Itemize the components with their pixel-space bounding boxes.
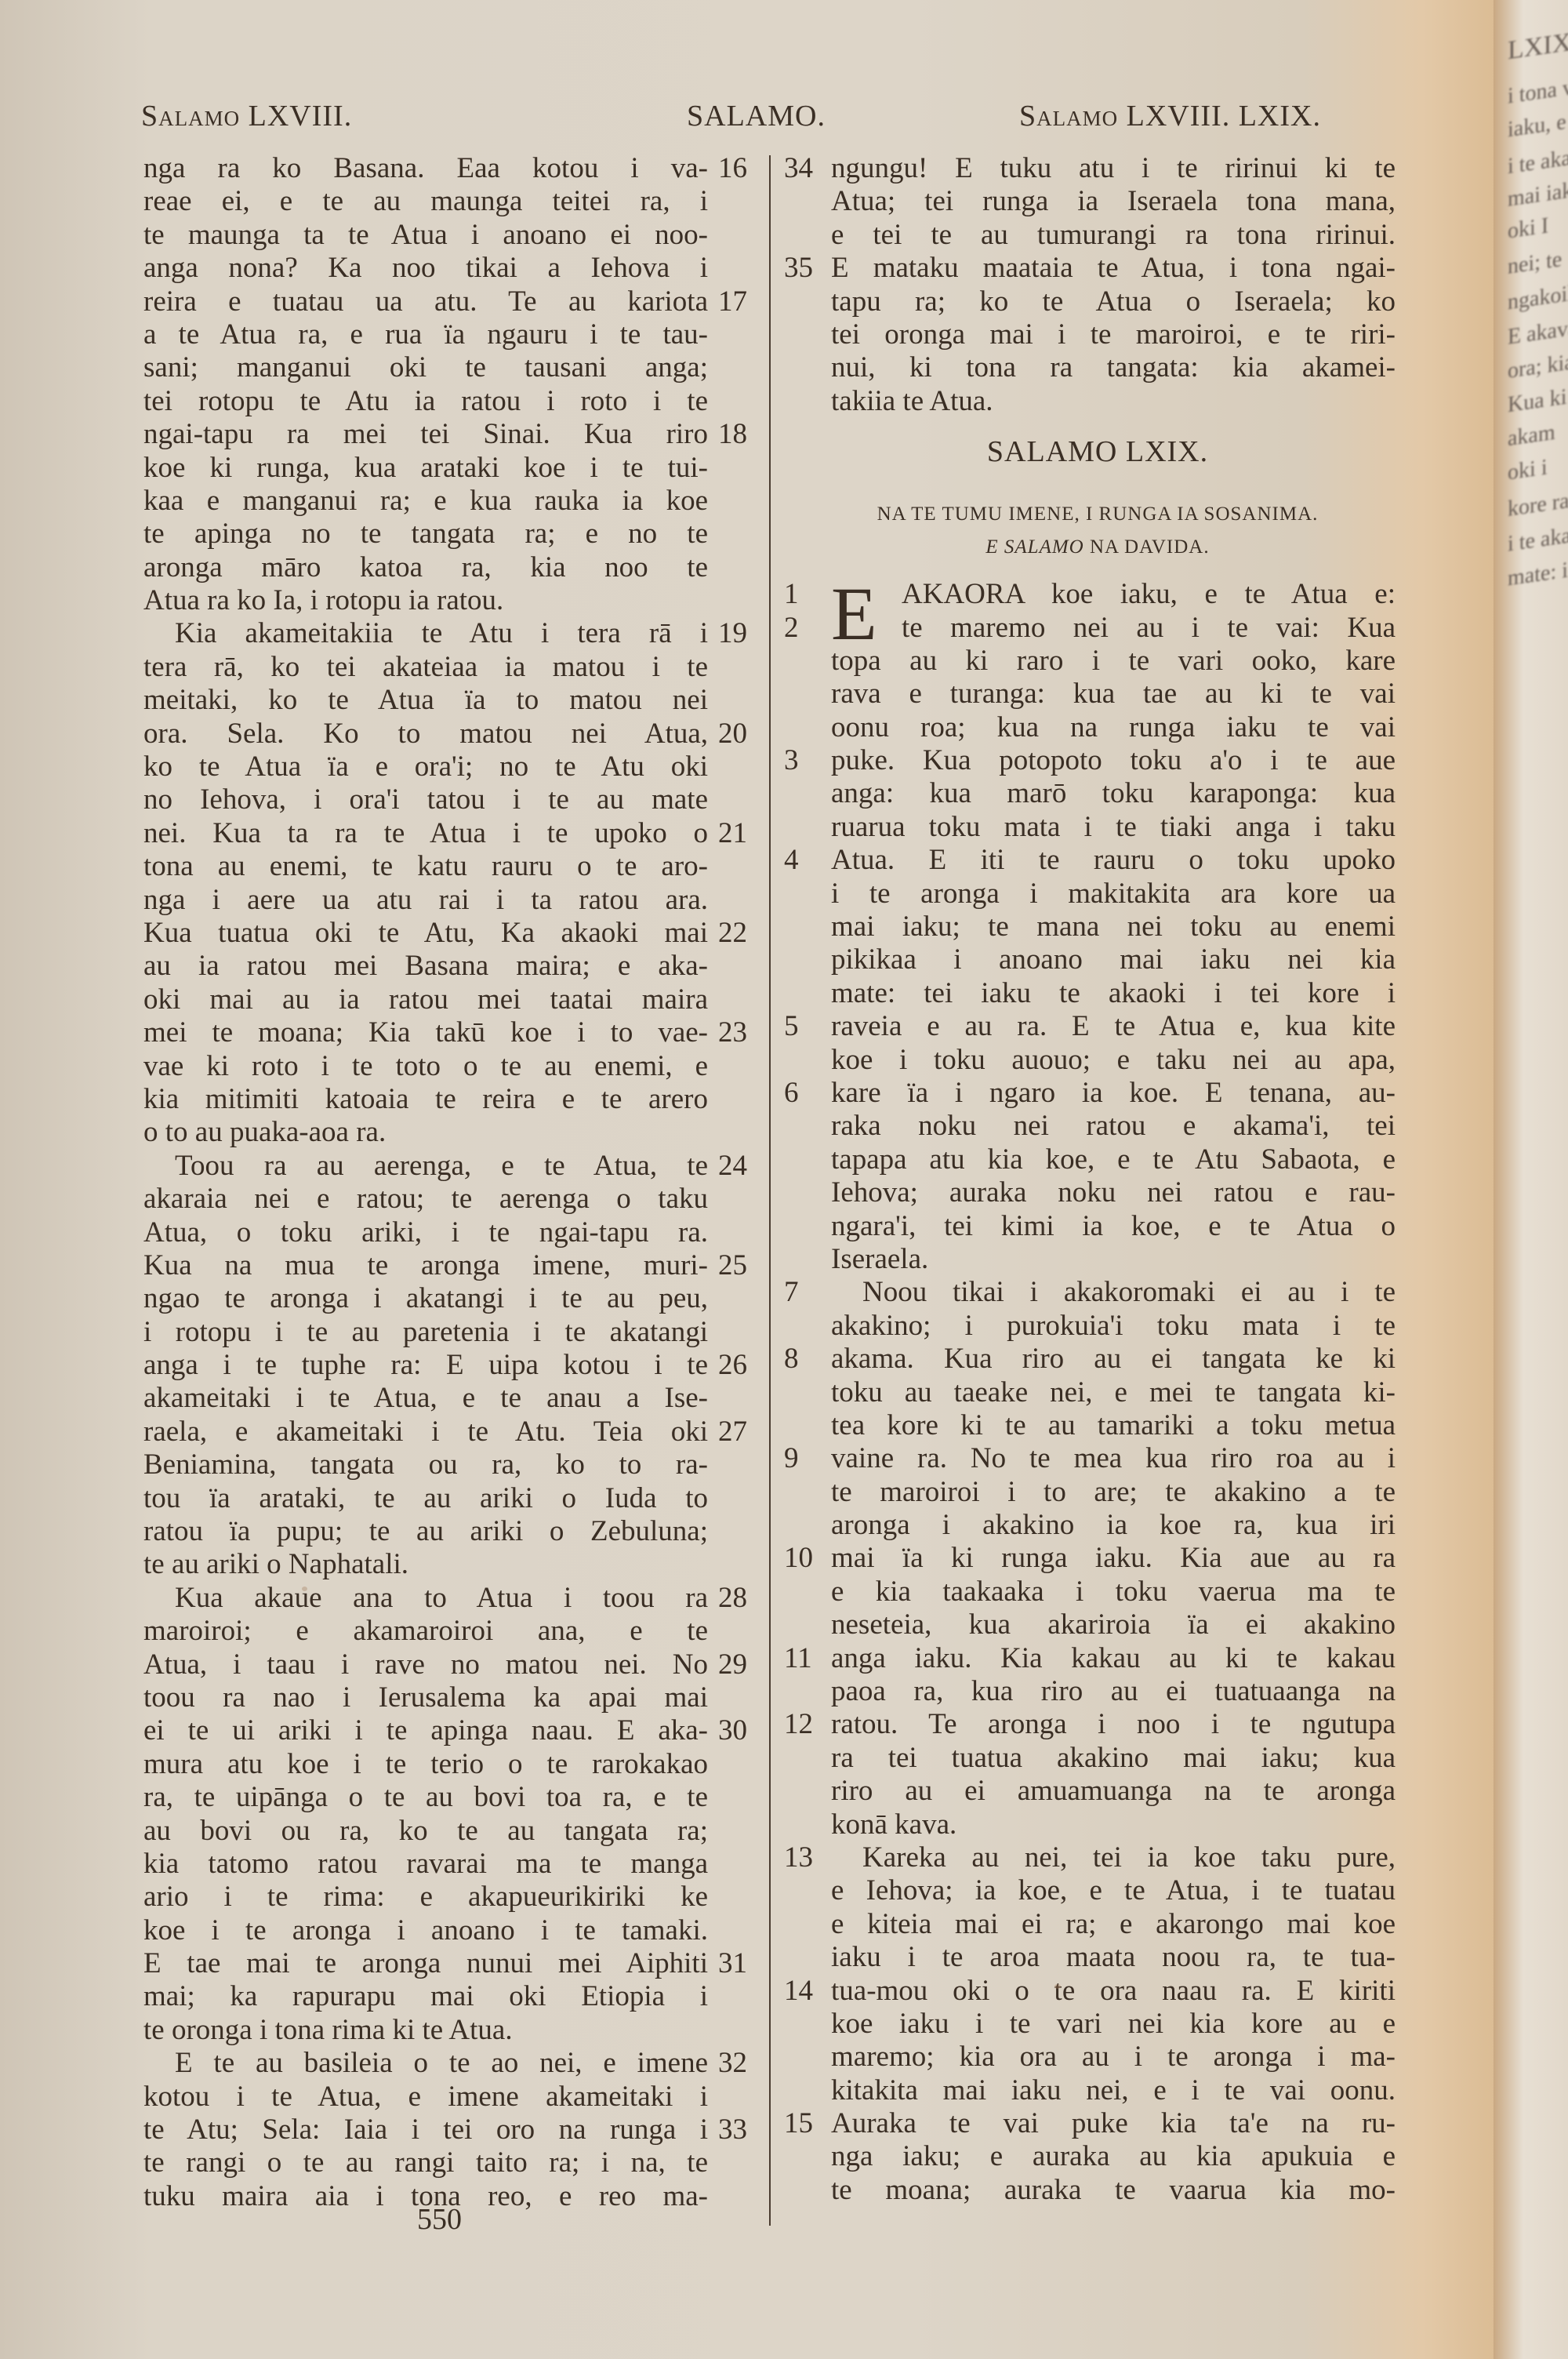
line-text: konā kava. [831,1808,1396,1841]
line-text: Iseraela. [831,1243,1396,1276]
line-text: i rotopu i te au paretenia i te akatangi [143,1316,708,1349]
line-text: tona au enemi, te katu rauru o te aro- [143,850,708,883]
line-text: mura atu koe i te terio o te rarokakao [143,1748,708,1781]
text-line: Atua, o toku ariki, i te ngai-tapu ra. [143,1216,755,1249]
line-text: takiia te Atua. [831,385,1396,418]
line-text: ko te Atua ïa e ora'i; no te Atu oki [143,751,708,783]
line-text: tua-mou oki o te ora naau ra. E kiriti [831,1975,1396,2008]
text-line: e kia taakaaka i toku vaerua ma te [784,1576,1411,1608]
text-line: oonu roa; kua na runga iaku te vai [784,711,1411,744]
verse-number: 23 [718,1016,747,1049]
line-text: tera rā, ko tei akateiaa ia matou i te [143,651,708,684]
text-line: i te aronga i makitakita ara kore ua [784,878,1411,911]
text-line: tou ïa arataki, te au ariki o Iuda to [143,1482,755,1515]
psalm-68-ending: 34ngungu! E tuku atu i te ririnui ki teA… [784,152,1411,418]
line-text: ngara'i, tei kimi ia koe, e te Atua o [831,1210,1396,1243]
running-head-right: Salamo LXVIII. LXIX. [1019,99,1321,138]
line-text: Noou tikai i akakoromaki ei au i te [831,1276,1396,1309]
line-text: Atua ra ko Ia, i rotopu ia ratou. [143,584,708,617]
line-text: a te Atua ra, e rua ïa ngauru i te tau- [143,318,708,351]
line-text: anga nona? Ka noo tikai a Iehova i [143,252,708,285]
line-text: Atua, i taau i rave no matou nei. No [143,1648,708,1681]
line-text: te moana; auraka te vaarua kia mo- [831,2174,1396,2207]
text-line: kitakita mai iaku nei, e i te vai oonu. [784,2074,1411,2107]
line-text: e kiteia mai ei ra; e akarongo mai koe [831,1908,1396,1941]
psalm-attribution: E SALAMO NA DAVIDA. [784,531,1411,578]
text-line: Kua tuatua oki te Atu, Ka akaoki mai22 [143,917,755,950]
text-line: konā kava. [784,1808,1411,1841]
verse-number: 9 [784,1442,823,1475]
line-text: pikikaa i anoano mai iaku nei kia [831,943,1396,976]
text-line: 8akama. Kua riro au ei tangata ke ki [784,1343,1411,1376]
text-line: tapu ra; ko te Atua o Iseraela; ko [784,285,1411,318]
text-line: 1AKAORA koe iaku, e te Atua e: [784,578,1411,611]
line-text: e tei te au tumurangi ra tona ririnui. [831,219,1396,252]
text-line: E tae mai te aronga nunui mei Aiphiti31 [143,1947,755,1980]
text-line: mai iaku; te mana nei toku au enemi [784,911,1411,943]
text-line: 12ratou. Te aronga i noo i te ngutupa [784,1708,1411,1741]
text-line: tei oronga mai i te maroiroi, e te riri- [784,318,1411,351]
text-line: tona au enemi, te katu rauru o te aro- [143,850,755,883]
text-line: au bovi ou ra, ko te au tangata ra; [143,1815,755,1848]
verse-number: 7 [784,1276,823,1309]
line-text: E tae mai te aronga nunui mei Aiphiti [143,1947,708,1980]
text-line: te maunga ta te Atua i anoano ei noo- [143,219,755,252]
line-text: no Iehova, i ora'i tatou i te au mate [143,783,708,816]
text-line: topa au ki raro i te vari ooko, kare [784,645,1411,678]
text-line: nga i aere ua atu rai i ta ratou ara. [143,884,755,917]
text-line: kia tatomo ratou ravarai ma te manga [143,1848,755,1881]
line-text: tei rotopu te Atu ia ratou i roto i te [143,385,708,418]
facing-page-line: Kua ki [1508,385,1566,419]
text-line: ora. Sela. Ko to matou nei Atua,20 [143,718,755,751]
page-number: 550 [417,2202,462,2237]
line-text: ngungu! E tuku atu i te ririnui ki te [831,152,1396,185]
line-text: Atua, o toku ariki, i te ngai-tapu ra. [143,1216,708,1249]
line-text: raka noku nei ratou e akama'i, tei [831,1110,1396,1143]
attribution-rest: NA DAVIDA. [1084,536,1210,558]
line-text: te oronga i tona rima ki te Atua. [143,2014,708,2047]
text-line: raela, e akameitaki i te Atu. Teia oki27 [143,1416,755,1448]
line-text: AKAORA koe iaku, e te Atua e: [902,578,1396,611]
verse-number: 17 [718,285,747,318]
text-line: 2te maremo nei au i te vai: Kua [784,612,1411,645]
facing-page-line: i tona vaa [1508,72,1568,109]
text-line: Atua; tei runga ia Iseraela tona mana, [784,185,1411,218]
line-text: kaa e manganui ra; e kua rauka ia koe [143,485,708,518]
text-line: rava e turanga: kua tae au ki te vai [784,678,1411,711]
line-text: anga: kua marō toku karaponga: kua [831,777,1396,810]
line-text: aronga i akakino ia koe ra, kua iri [831,1509,1396,1542]
facing-page-line: ora; kia [1508,350,1568,384]
line-text: mai iaku; te mana nei toku au enemi [831,911,1396,943]
text-line: meitaki, ko te Atua ïa to matou nei [143,684,755,717]
text-line: kaa e manganui ra; e kua rauka ia koe [143,485,755,518]
text-line: a te Atua ra, e rua ïa ngauru i te tau- [143,318,755,351]
line-text: Atua; tei runga ia Iseraela tona mana, [831,185,1396,218]
text-line: takiia te Atua. [784,385,1411,418]
line-text: Toou ra au aerenga, e te Atua, te [143,1150,708,1183]
verse-number: 26 [718,1349,747,1382]
text-line: koe iaku i te vari nei kia kore au e [784,2008,1411,2041]
text-line: E te au basileia o te ao nei, e imene32 [143,2047,755,2080]
text-line: reira e tuatau ua atu. Te au kariota17 [143,285,755,318]
verse-number: 19 [718,617,747,650]
facing-page-line: oki I [1508,213,1548,244]
line-text: tapapa atu kia koe, e te Atu Sabaota, e [831,1143,1396,1176]
facing-page-line: kore ra. [1508,488,1568,522]
line-text: te rangi o te au rangi taito ra; i na, t… [143,2146,708,2179]
line-text: Kua akaue ana to Atua i toou ra [143,1582,708,1615]
text-line: anga nona? Ka noo tikai a Iehova i [143,252,755,285]
line-text: tou ïa arataki, te au ariki o Iuda to [143,1482,708,1515]
line-text: nui, ki tona ra tangata: kia akamei- [831,351,1396,384]
text-line: iaku i te aroa maata noou ra, te tua- [784,1941,1411,1974]
line-text: vae ki roto i te toto o te au enemi, e [143,1050,708,1083]
text-line: Iehova; auraka noku nei ratou e rau- [784,1176,1411,1209]
verse-number: 13 [784,1841,823,1874]
text-line: riro au ei amuamuanga na te aronga [784,1775,1411,1808]
text-line: 11anga iaku. Kia kakau au ki te kakau [784,1642,1411,1675]
facing-page-line: mate: i t [1508,557,1568,592]
line-text: Auraka te vai puke kia ta'e na ru- [831,2107,1396,2140]
verse-number: 24 [718,1150,747,1183]
text-line: mate: tei iaku te akaoki i tei kore i [784,977,1411,1010]
facing-page-line: E akavai [1508,314,1568,351]
facing-page-line: mai iaku [1508,176,1568,213]
line-text: mai ïa ki runga iaku. Kia aue au ra [831,1542,1396,1575]
text-line: toou ra nao i Ierusalema ka apai mai [143,1681,755,1714]
line-text: puke. Kua potopoto toku a'o i te aue [831,744,1396,777]
line-text: neseteia, kua akariroia ïa ei akakino [831,1608,1396,1641]
text-line: no Iehova, i ora'i tatou i te au mate [143,783,755,816]
line-text: i te aronga i makitakita ara kore ua [831,878,1396,911]
text-line: toku au taeake nei, e mei te tangata ki- [784,1376,1411,1409]
text-line: 14tua-mou oki o te ora naau ra. E kiriti [784,1975,1411,2008]
text-line: maremo; kia ora au i te aronga i ma- [784,2041,1411,2074]
verse-number: 34 [784,152,823,185]
verse-number: 31 [718,1947,747,1980]
line-text: E mataku maataia te Atua, i tona ngai- [831,252,1396,285]
line-text: E te au basileia o te ao nei, e imene [143,2047,708,2080]
text-line: raka noku nei ratou e akama'i, tei [784,1110,1411,1143]
verse-number: 2 [784,612,823,645]
text-line: pikikaa i anoano mai iaku nei kia [784,943,1411,976]
verse-number: 11 [784,1642,823,1675]
line-text: e kia taakaaka i toku vaerua ma te [831,1576,1396,1608]
line-text: toou ra nao i Ierusalema ka apai mai [143,1681,708,1714]
psalm-69-body: E 1AKAORA koe iaku, e te Atua e:2te mare… [784,578,1411,2207]
verse-number: 32 [718,2047,747,2080]
line-text: ei te ui ariki i te apinga naau. E aka- [143,1714,708,1747]
line-text: ratou ïa pupu; te au ariki o Zebuluna; [143,1515,708,1548]
text-line: Atua ra ko Ia, i rotopu ia ratou. [143,584,755,617]
line-text: tea kore ki te au tamariki a toku metua [831,1409,1396,1442]
text-line: Beniamina, tangata ou ra, ko to ra- [143,1448,755,1481]
text-line: 6kare ïa i ngaro ia koe. E tenana, au- [784,1077,1411,1110]
line-text: te maroiroi i to are; te akakino a te [831,1476,1396,1509]
text-line: koe i toku auouo; e taku nei au apa, [784,1044,1411,1077]
column-divider [769,155,771,2226]
facing-page-header: LXIX. [1508,27,1568,67]
facing-page-line: akam [1508,420,1555,453]
verse-number: 18 [718,418,747,451]
text-line: akaraia nei e ratou; te aerenga o taku [143,1183,755,1216]
text-line: 10mai ïa ki runga iaku. Kia aue au ra [784,1542,1411,1575]
verse-number: 3 [784,744,823,777]
line-text: nei. Kua ta ra te Atua i te upoko o [143,817,708,850]
text-line: te Atu; Sela: Iaia i tei oro na runga i3… [143,2114,755,2146]
text-line: Atua, i taau i rave no matou nei. No29 [143,1648,755,1681]
text-line: ra, te uipānga o te au bovi toa ra, e te [143,1781,755,1814]
text-line: nei. Kua ta ra te Atua i te upoko o21 [143,817,755,850]
text-line: te apinga no te tangata ra; e no te [143,518,755,551]
line-text: te apinga no te tangata ra; e no te [143,518,708,551]
line-text: raela, e akameitaki i te Atu. Teia oki [143,1416,708,1448]
text-line: vae ki roto i te toto o te au enemi, e [143,1050,755,1083]
line-text: maroiroi; e akamaroiroi ana, e te [143,1615,708,1648]
text-line: tea kore ki te au tamariki a toku metua [784,1409,1411,1442]
facing-page-edge: LXIX.i tona vaaiaku, e Ii te akakinomai … [1494,0,1568,2359]
line-text: te maunga ta te Atua i anoano ei noo- [143,219,708,252]
line-text: Kua na mua te aronga imene, muri- [143,1249,708,1282]
text-line: koe i te aronga i anoano i te tamaki. [143,1914,755,1947]
line-text: mai; ka rapurapu mai oki Etiopia i [143,1980,708,2013]
verse-number: 29 [718,1648,747,1681]
line-text: ra, te uipānga o te au bovi toa ra, e te [143,1781,708,1814]
text-line: 4Atua. E iti te rauru o toku upoko [784,844,1411,877]
line-text: au ia ratou mei Basana maira; e aka- [143,950,708,983]
running-head-center: SALAMO. [687,99,826,138]
text-line: Iseraela. [784,1243,1411,1276]
verse-number: 27 [718,1416,747,1448]
text-line: nga iaku; e auraka au kia apukuia e [784,2140,1411,2173]
line-text: reira e tuatau ua atu. Te au kariota [143,285,708,318]
line-text: maremo; kia ora au i te aronga i ma- [831,2041,1396,2074]
paper-stain [302,1587,307,1591]
line-text: o to au puaka-aoa ra. [143,1116,708,1149]
verse-number: 12 [784,1708,823,1741]
text-line: ngara'i, tei kimi ia koe, e te Atua o [784,1210,1411,1243]
line-text: nga ra ko Basana. Eaa kotou i va- [143,152,708,185]
text-line: nui, ki tona ra tangata: kia akamei- [784,351,1411,384]
text-line: mei te moana; Kia takū koe i to vae-23 [143,1016,755,1049]
facing-page-line: i te akak [1508,522,1568,557]
text-line: Toou ra au aerenga, e te Atua, te24 [143,1150,755,1183]
verse-number: 28 [718,1582,747,1615]
line-text: Kareka au nei, tei ia koe taku pure, [831,1841,1396,1874]
text-line: anga: kua marō toku karaponga: kua [784,777,1411,810]
line-text: aronga māro katoa ra, kia noo te [143,551,708,584]
text-line: 34ngungu! E tuku atu i te ririnui ki te [784,152,1411,185]
line-text: reae ei, e te au maunga teitei ra, i [143,185,708,218]
text-line: ario i te rima: e akapueurikiriki ke [143,1881,755,1914]
verse-number: 21 [718,817,747,850]
paper-stain [1054,1984,1061,1989]
line-text: tei oronga mai i te maroiroi, e te riri- [831,318,1396,351]
facing-page-line: iaku, e I [1508,108,1568,144]
line-text: vaine ra. No te mea kua riro roa au i [831,1442,1396,1475]
attribution-italic: E SALAMO [985,536,1083,558]
line-text: Kia akameitakiia te Atu i tera rā i [143,617,708,650]
text-line: tera rā, ko tei akateiaa ia matou i te [143,651,755,684]
line-text: ngai-tapu ra mei tei Sinai. Kua riro [143,418,708,451]
line-text: koe i te aronga i anoano i te tamaki. [143,1914,708,1947]
text-line: 9vaine ra. No te mea kua riro roa au i [784,1442,1411,1475]
line-text: nga iaku; e auraka au kia apukuia e [831,2140,1396,2173]
text-line: 15Auraka te vai puke kia ta'e na ru- [784,2107,1411,2140]
line-text: akama. Kua riro au ei tangata ke ki [831,1343,1396,1376]
text-line: kia mitimiti katoaia te reira e te arero [143,1083,755,1116]
text-line: Kua na mua te aronga imene, muri-25 [143,1249,755,1282]
text-line: kotou i te Atua, e imene akameitaki i [143,2081,755,2114]
line-text: koe iaku i te vari nei kia kore au e [831,2008,1396,2041]
text-line: oki mai au ia ratou mei taatai maira [143,983,755,1016]
text-line: te au ariki o Naphatali. [143,1548,755,1581]
text-line: akakino; i purokuia'i toku mata i te [784,1310,1411,1343]
line-text: riro au ei amuamuanga na te aronga [831,1775,1396,1808]
verse-number: 1 [784,578,823,611]
text-line: mura atu koe i te terio o te rarokakao [143,1748,755,1781]
line-text: raveia e au ra. E te Atua e, kua kite [831,1010,1396,1043]
line-text: meitaki, ko te Atua ïa to matou nei [143,684,708,717]
line-text: rava e turanga: kua tae au ki te vai [831,678,1396,711]
left-column: nga ra ko Basana. Eaa kotou i va-16reae … [143,152,755,2213]
text-line: reae ei, e te au maunga teitei ra, i [143,185,755,218]
line-text: akaraia nei e ratou; te aerenga o taku [143,1183,708,1216]
line-text: e Iehova; ia koe, e te Atua, i te tuatau [831,1874,1396,1907]
text-line: koe ki runga, kua arataki koe i te tui- [143,452,755,485]
text-line: ngao te aronga i akatangi i te au peu, [143,1282,755,1315]
text-line: aronga i akakino ia koe ra, kua iri [784,1509,1411,1542]
text-line: maroiroi; e akamaroiroi ana, e te [143,1615,755,1648]
line-text: kia tatomo ratou ravarai ma te manga [143,1848,708,1881]
verse-number: 30 [718,1714,747,1747]
text-line: Kua akaue ana to Atua i toou ra28 [143,1582,755,1615]
line-text: mei te moana; Kia takū koe i to vae- [143,1016,708,1049]
line-text: koe i toku auouo; e taku nei au apa, [831,1044,1396,1077]
text-line: i rotopu i te au paretenia i te akatangi [143,1316,755,1349]
verse-number: 35 [784,252,823,285]
line-text: Iehova; auraka noku nei ratou e rau- [831,1176,1396,1209]
line-text: akakino; i purokuia'i toku mata i te [831,1310,1396,1343]
verse-number: 5 [784,1010,823,1043]
line-text: anga iaku. Kia kakau au ki te kakau [831,1642,1396,1675]
text-line: 5raveia e au ra. E te Atua e, kua kite [784,1010,1411,1043]
text-line: e tei te au tumurangi ra tona ririnui. [784,219,1411,252]
verse-number: 25 [718,1249,747,1282]
line-text: te Atu; Sela: Iaia i tei oro na runga i [143,2114,708,2146]
text-line: e Iehova; ia koe, e te Atua, i te tuatau [784,1874,1411,1907]
text-line: aronga māro katoa ra, kia noo te [143,551,755,584]
text-line: te rangi o te au rangi taito ra; i na, t… [143,2146,755,2179]
text-line: o to au puaka-aoa ra. [143,1116,755,1149]
line-text: tapu ra; ko te Atua o Iseraela; ko [831,285,1396,318]
text-line: mai; ka rapurapu mai oki Etiopia i [143,1980,755,2013]
verse-number: 10 [784,1542,823,1575]
text-line: tei rotopu te Atu ia ratou i roto i te [143,385,755,418]
facing-page-line: i te akakino [1508,140,1568,180]
text-line: ko te Atua ïa e ora'i; no te Atu oki [143,751,755,783]
line-text: Kua tuatua oki te Atu, Ka akaoki mai [143,917,708,950]
line-text: kotou i te Atua, e imene akameitaki i [143,2081,708,2114]
facing-page-line: ngakoik [1508,281,1568,316]
line-text: ruarua toku mata i te tiaki anga i taku [831,811,1396,844]
line-text: iaku i te aroa maata noou ra, te tua- [831,1941,1396,1974]
line-text: kitakita mai iaku nei, e i te vai oonu. [831,2074,1396,2107]
text-line: te oronga i tona rima ki te Atua. [143,2014,755,2047]
line-text: ra tei tuatua akakino mai iaku; kua [831,1742,1396,1775]
facing-page-line: nei; te [1508,247,1562,280]
line-text: akameitaki i te Atua, e te anau a Ise- [143,1382,708,1415]
text-line: e kiteia mai ei ra; e akarongo mai koe [784,1908,1411,1941]
text-line: akameitaki i te Atua, e te anau a Ise- [143,1382,755,1415]
line-text: mate: tei iaku te akaoki i tei kore i [831,977,1396,1010]
verse-number: 20 [718,718,747,751]
verse-number: 8 [784,1343,823,1376]
verse-number: 22 [718,917,747,950]
psalm-superscription: NA TE TUMU IMENE, I RUNGA IA SOSANIMA. [784,495,1411,531]
book-page: Salamo LXVIII. SALAMO. Salamo LXVIII. LX… [0,0,1513,2359]
text-line: ngai-tapu ra mei tei Sinai. Kua riro18 [143,418,755,451]
verse-number: 33 [718,2114,747,2146]
line-text: ario i te rima: e akapueurikiriki ke [143,1881,708,1914]
running-head-left: Salamo LXVIII. [141,99,352,138]
line-text: oonu roa; kua na runga iaku te vai [831,711,1396,744]
line-text: anga i te tuphe ra: E uipa kotou i te [143,1349,708,1382]
line-text: koe ki runga, kua arataki koe i te tui- [143,452,708,485]
line-text: Atua. E iti te rauru o toku upoko [831,844,1396,877]
line-text: te maremo nei au i te vai: Kua [902,612,1396,645]
text-line: ratou ïa pupu; te au ariki o Zebuluna; [143,1515,755,1548]
line-text: kare ïa i ngaro ia koe. E tenana, au- [831,1077,1396,1110]
verse-number: 6 [784,1077,823,1110]
psalm-title: SALAMO LXIX. [784,418,1411,495]
text-line: 7Noou tikai i akakoromaki ei au i te [784,1276,1411,1309]
line-text: au bovi ou ra, ko te au tangata ra; [143,1815,708,1848]
text-line: 13Kareka au nei, tei ia koe taku pure, [784,1841,1411,1874]
text-line: neseteia, kua akariroia ïa ei akakino [784,1608,1411,1641]
verse-number: 14 [784,1975,823,2008]
facing-page-line: oki i [1508,455,1548,485]
text-line: anga i te tuphe ra: E uipa kotou i te26 [143,1349,755,1382]
text-line: paoa ra, kua riro au ei tuatuaanga na [784,1675,1411,1708]
verse-number: 15 [784,2107,823,2140]
line-text: ngao te aronga i akatangi i te au peu, [143,1282,708,1315]
text-line: te moana; auraka te vaarua kia mo- [784,2174,1411,2207]
line-text: ratou. Te aronga i noo i te ngutupa [831,1708,1396,1741]
line-text: sani; manganui oki te tausani anga; [143,351,708,384]
text-line: tapapa atu kia koe, e te Atu Sabaota, e [784,1143,1411,1176]
text-line: ruarua toku mata i te tiaki anga i taku [784,811,1411,844]
line-text: nga i aere ua atu rai i ta ratou ara. [143,884,708,917]
verse-number: 4 [784,844,823,877]
text-line: sani; manganui oki te tausani anga; [143,351,755,384]
line-text: paoa ra, kua riro au ei tuatuaanga na [831,1675,1396,1708]
line-text: topa au ki raro i te vari ooko, kare [831,645,1396,678]
text-line: Kia akameitakiia te Atu i tera rā i19 [143,617,755,650]
text-line: te maroiroi i to are; te akakino a te [784,1476,1411,1509]
verse-number: 16 [718,152,747,185]
text-line: 35E mataku maataia te Atua, i tona ngai- [784,252,1411,285]
text-line: 3puke. Kua potopoto toku a'o i te aue [784,744,1411,777]
line-text: oki mai au ia ratou mei taatai maira [143,983,708,1016]
text-line: ei te ui ariki i te apinga naau. E aka-3… [143,1714,755,1747]
text-line: nga ra ko Basana. Eaa kotou i va-16 [143,152,755,185]
line-text: ora. Sela. Ko to matou nei Atua, [143,718,708,751]
text-line: ra tei tuatua akakino mai iaku; kua [784,1742,1411,1775]
line-text: te au ariki o Naphatali. [143,1548,708,1581]
